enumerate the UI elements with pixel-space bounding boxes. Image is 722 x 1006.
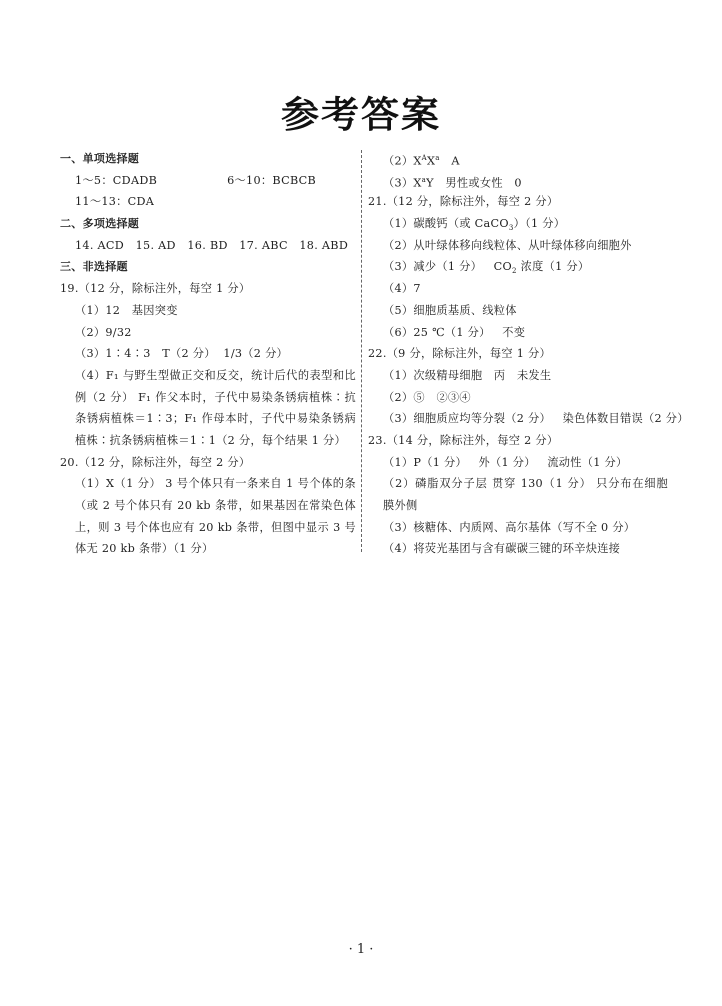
answer-line: （3）XaY 男性或女性 0 <box>368 170 668 192</box>
text: （2）X <box>383 155 422 168</box>
question-20-heading: 20.（12 分，除标注外，每空 2 分） <box>60 452 356 474</box>
answer-line: （1）P（1 分） 外（1 分） 流动性（1 分） <box>368 452 668 474</box>
answer-line: 14. ACD 15. AD 16. BD 17. ABC 18. ABD <box>60 235 356 257</box>
answer-line: （1）12 基因突变 <box>60 300 356 322</box>
answer-6-10: 6～10：BCBCB <box>227 174 316 187</box>
text: （1）碳酸钙（或 CaCO <box>383 217 509 230</box>
text: 浓度（1 分） <box>517 260 590 273</box>
answer-line: （1）X（1 分） 3 号个体只有一条来自 1 号个体的条带 <box>60 473 356 495</box>
answer-line: （4）7 <box>368 278 668 300</box>
answer-line: 体无 20 kb 条带）（1 分） <box>60 538 356 560</box>
answer-line: （2）从叶绿体移向线粒体、从叶绿体移向细胞外 <box>368 235 668 257</box>
column-divider <box>361 150 362 552</box>
text: Y 男性或女性 0 <box>426 176 522 189</box>
answer-line: 膜外侧 <box>368 495 668 517</box>
answer-line: （1）碳酸钙（或 CaCO3）（1 分） <box>368 213 668 235</box>
answer-line: 11～13：CDA <box>60 191 356 213</box>
left-column: 一、单项选择题 1～5：CDADB6～10：BCBCB 11～13：CDA 二、… <box>60 148 356 560</box>
question-19-heading: 19.（12 分，除标注外，每空 1 分） <box>60 278 356 300</box>
answer-line: （3）细胞质应均等分裂（2 分） 染色体数目错误（2 分） <box>368 408 668 430</box>
section-heading-non-choice: 三、非选择题 <box>60 256 356 278</box>
answer-line: （2）XAXa A <box>368 148 668 170</box>
answer-line: （或 2 号个体只有 20 kb 条带，如果基因在常染色体 <box>60 495 356 517</box>
answer-line: （1）次级精母细胞 丙 未发生 <box>368 365 668 387</box>
text: （3）减少（1 分） CO <box>383 260 512 273</box>
question-21-heading: 21.（12 分，除标注外，每空 2 分） <box>368 191 668 213</box>
answer-line: 例（2 分） F₁ 作父本时，子代中易染条锈病植株∶抗 <box>60 387 356 409</box>
answer-line: （4）F₁ 与野生型做正交和反交，统计后代的表型和比 <box>60 365 356 387</box>
question-23-heading: 23.（14 分，除标注外，每空 2 分） <box>368 430 668 452</box>
text: A <box>440 155 460 168</box>
answer-line: （6）25 ℃（1 分） 不变 <box>368 322 668 344</box>
answer-line: （5）细胞质基质、线粒体 <box>368 300 668 322</box>
answer-line: （2）磷脂双分子层 贯穿 130（1 分） 只分布在细胞 <box>368 473 668 495</box>
section-heading-multi-choice: 二、多项选择题 <box>60 213 356 235</box>
question-22-heading: 22.（9 分，除标注外，每空 1 分） <box>368 343 668 365</box>
answer-1-5: 1～5：CDADB <box>75 174 157 187</box>
answer-line: （3）减少（1 分） CO2 浓度（1 分） <box>368 256 668 278</box>
answer-line: （2）9/32 <box>60 322 356 344</box>
answer-line: （2）⑤ ②③④ <box>368 387 668 409</box>
answer-line: （3）核糖体、内质网、高尔基体（写不全 0 分） <box>368 517 668 539</box>
answer-line: 1～5：CDADB6～10：BCBCB <box>60 170 356 192</box>
answer-line: 上，则 3 号个体也应有 20 kb 条带，但图中显示 3 号个 <box>60 517 356 539</box>
text: （3）X <box>383 176 422 189</box>
answer-line: 植株∶抗条锈病植株＝1∶1（2 分，每个结果 1 分） <box>60 430 356 452</box>
right-column: （2）XAXa A （3）XaY 男性或女性 0 21.（12 分，除标注外，每… <box>368 148 668 560</box>
page-title: 参考答案 <box>0 85 722 137</box>
text: ）（1 分） <box>514 217 566 230</box>
answer-line: （4）将荧光基团与含有碳碳三键的环辛炔连接 <box>368 538 668 560</box>
answer-line: （3）1∶4∶3 T（2 分） 1/3（2 分） <box>60 343 356 365</box>
section-heading-single-choice: 一、单项选择题 <box>60 148 356 170</box>
page-number: · 1 · <box>0 942 722 957</box>
answer-line: 条锈病植株＝1∶3；F₁ 作母本时，子代中易染条锈病 <box>60 408 356 430</box>
